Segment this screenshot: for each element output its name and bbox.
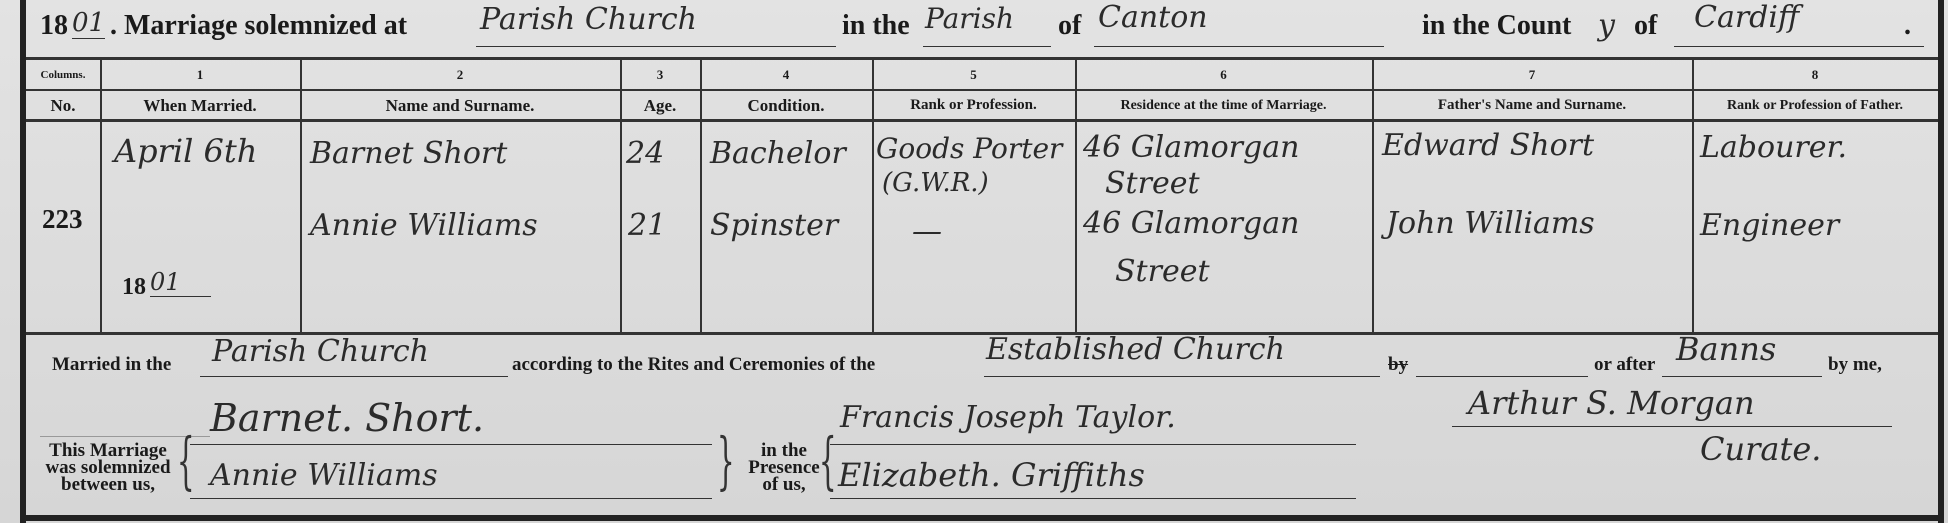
- witness1-line: Francis Joseph Taylor.: [830, 406, 1356, 445]
- married-in-field: Parish Church: [200, 338, 508, 377]
- colnum-3: 3: [620, 60, 700, 90]
- colnum-columns: Columns.: [26, 60, 100, 90]
- header-name: Name and Surname.: [300, 91, 620, 120]
- groom-age: 24: [626, 136, 664, 171]
- father-name-cell: Edward Short John Williams: [1372, 122, 1692, 332]
- bride-age: 21: [628, 208, 666, 243]
- marriage-register-page: 18 01 . Marriage solemnized at Parish Ch…: [0, 0, 1948, 523]
- by-label-struck: by: [1388, 354, 1408, 376]
- married-in-label: Married in the: [52, 354, 171, 376]
- between-us-label: This Marriage was solemnized between us,: [44, 442, 172, 493]
- by-me-label: by me,: [1828, 354, 1882, 376]
- county-of-label: of: [1634, 10, 1657, 42]
- groom-signature: Barnet. Short.: [210, 396, 484, 440]
- header-when-married: When Married.: [100, 91, 300, 120]
- county-label: in the Count: [1422, 10, 1571, 42]
- colnum-7: 7: [1372, 60, 1692, 90]
- officiant-signature: Arthur S. Morgan: [1468, 384, 1755, 422]
- county-label-y: y: [1598, 8, 1615, 43]
- header-profession: Rank or Profession.: [872, 91, 1075, 120]
- register-title-line: 18 01 . Marriage solemnized at Parish Ch…: [26, 0, 1938, 58]
- year-suffix: 01: [72, 8, 105, 39]
- header-father-profession: Rank or Profession of Father.: [1692, 91, 1938, 120]
- county-suffix: .: [1904, 10, 1911, 42]
- header-father-name: Father's Name and Surname.: [1372, 91, 1692, 120]
- year-prefix: 18: [40, 10, 68, 42]
- banns-field: Banns: [1662, 338, 1822, 377]
- condition-cell: Bachelor Spinster: [700, 122, 872, 332]
- bride-signature: Annie Williams: [210, 458, 438, 493]
- bride-signature-line: Annie Williams: [190, 460, 712, 499]
- bride-name: Annie Williams: [310, 208, 538, 243]
- district-type-field: Parish: [923, 0, 1051, 47]
- name-cell: Barnet Short Annie Williams: [300, 122, 620, 332]
- place-field: Parish Church: [476, 0, 836, 47]
- header-condition: Condition.: [700, 91, 872, 120]
- groom-signature-line: Barnet. Short.: [190, 406, 712, 445]
- denomination-value: Established Church: [986, 332, 1285, 367]
- officiant-title: Curate.: [1700, 430, 1821, 468]
- colnum-4: 4: [700, 60, 872, 90]
- entry-year-prefix: 18: [122, 274, 146, 301]
- witness2-line: Elizabeth. Griffiths: [830, 460, 1356, 499]
- banns-value: Banns: [1676, 330, 1776, 368]
- groom-name: Barnet Short: [310, 136, 507, 171]
- groom-profession: Goods Porter: [876, 132, 1062, 165]
- presence-label: in the Presence of us,: [744, 442, 824, 493]
- by-field: [1416, 338, 1588, 377]
- county-field: Cardiff: [1674, 0, 1924, 47]
- bride-profession: —: [912, 214, 942, 249]
- entry-number-cell: 223: [26, 122, 100, 332]
- colnum-2: 2: [300, 60, 620, 90]
- or-after-label: or after: [1594, 354, 1655, 376]
- district-type-value: Parish: [925, 2, 1014, 35]
- residence-cell: 46 Glamorgan Street 46 Glamorgan Street: [1075, 122, 1372, 332]
- witness1-signature: Francis Joseph Taylor.: [840, 400, 1176, 435]
- bride-residence-line1: 46 Glamorgan: [1083, 206, 1299, 241]
- witness2-signature: Elizabeth. Griffiths: [838, 456, 1145, 494]
- groom-father-name: Edward Short: [1382, 128, 1594, 163]
- page-bottom-border: [20, 515, 1944, 521]
- district-field: Canton: [1094, 0, 1384, 47]
- colnum-8: 8: [1692, 60, 1938, 90]
- right-brace-icon: }: [717, 430, 735, 492]
- presence-line3: of us,: [744, 476, 824, 493]
- married-in-value: Parish Church: [212, 334, 429, 369]
- solemnized-label: . Marriage solemnized at: [110, 10, 407, 42]
- groom-father-profession: Labourer.: [1700, 130, 1847, 165]
- county-value: Cardiff: [1694, 0, 1799, 35]
- colnum-5: 5: [872, 60, 1075, 90]
- groom-profession-employer: (G.W.R.): [882, 168, 989, 198]
- when-married-cell: April 6th 18 01: [100, 122, 300, 332]
- bride-condition: Spinster: [710, 208, 838, 243]
- district-value: Canton: [1098, 0, 1208, 35]
- rites-label: according to the Rites and Ceremonies of…: [512, 354, 875, 376]
- entry-year-suffix: 01: [150, 268, 211, 297]
- groom-residence-line1: 46 Glamorgan: [1083, 130, 1299, 165]
- header-residence: Residence at the time of Marriage.: [1075, 91, 1372, 120]
- father-profession-cell: Labourer. Engineer: [1692, 122, 1938, 332]
- denomination-field: Established Church: [984, 338, 1380, 377]
- entry-number: 223: [42, 204, 83, 235]
- header-age: Age.: [620, 91, 700, 120]
- profession-cell: Goods Porter (G.W.R.) —: [872, 122, 1075, 332]
- between-us-line3: between us,: [44, 476, 172, 493]
- when-married-date: April 6th: [114, 132, 257, 170]
- of-label: of: [1058, 10, 1081, 42]
- bride-father-profession: Engineer: [1700, 208, 1839, 243]
- groom-residence-line2: Street: [1105, 166, 1200, 201]
- place-value: Parish Church: [480, 2, 697, 37]
- page-right-border: [1938, 0, 1944, 523]
- bride-residence-line2: Street: [1115, 254, 1210, 289]
- age-cell: 24 21: [620, 122, 700, 332]
- officiant-signature-line: Arthur S. Morgan: [1452, 388, 1892, 427]
- groom-condition: Bachelor: [710, 136, 846, 171]
- header-no: No.: [26, 91, 100, 120]
- bride-father-name: John Williams: [1386, 206, 1595, 241]
- in-the-label: in the: [842, 10, 910, 42]
- colnum-1: 1: [100, 60, 300, 90]
- colnum-6: 6: [1075, 60, 1372, 90]
